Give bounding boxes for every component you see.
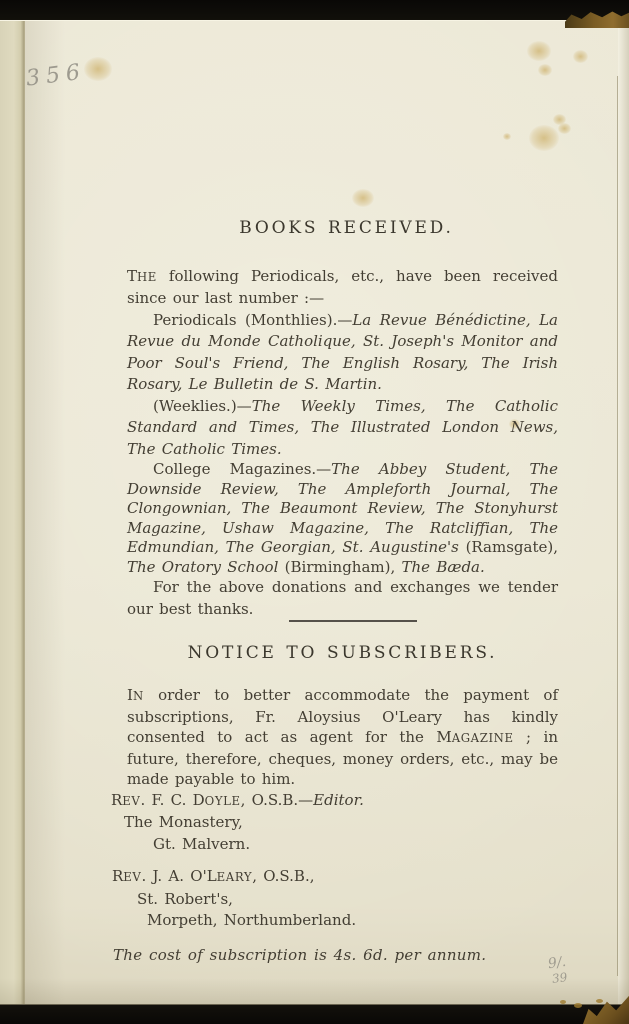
editor-address-line1: The Monastery, <box>124 812 555 834</box>
weeklies-paragraph: (Weeklies.)—The Weekly Times, The Cathol… <box>127 396 558 461</box>
page-bottom-shade <box>0 978 629 1004</box>
college-magazines-paragraph: College Magazines.—The Abbey Student, Th… <box>127 460 558 577</box>
stain <box>538 64 552 76</box>
stain <box>573 50 588 63</box>
pencil-shelfmark-line2: 39 <box>551 970 568 986</box>
page-right-shade <box>618 21 629 1004</box>
gilt-fleck <box>560 1000 566 1004</box>
editor-name-line: REV. F. C. DOYLE, O.S.B.—Editor. <box>111 790 542 813</box>
intro-paragraph: THE following Periodicals, etc., have be… <box>127 266 558 310</box>
stain <box>84 57 112 81</box>
book-page: 356 9/. 39 BOOKS RECEIVED. THE following… <box>0 21 629 1004</box>
agent-address-line1: St. Robert's, <box>137 889 568 911</box>
agent-name-line: REV. J. A. O'LEARY, O.S.B., <box>112 866 543 889</box>
books-received-heading: BOOKS RECEIVED. <box>127 218 558 240</box>
stain <box>558 123 571 134</box>
stain <box>529 125 559 151</box>
subscription-cost-line: The cost of subscription is 4s. 6d. per … <box>113 945 544 967</box>
scanned-page-photo: 356 9/. 39 BOOKS RECEIVED. THE following… <box>0 0 629 1024</box>
notice-body-paragraph: IN order to better accommodate the payme… <box>127 685 558 790</box>
page-left-edge <box>0 21 25 1004</box>
thanks-paragraph: For the above donations and exchanges we… <box>127 577 558 620</box>
agent-address-line2: Morpeth, Northumberland. <box>147 910 578 932</box>
scan-background-bottom <box>0 1004 629 1024</box>
notice-to-subscribers-heading: NOTICE TO SUBSCRIBERS. <box>127 643 558 665</box>
section-divider-rule <box>289 620 417 622</box>
stain <box>503 133 511 140</box>
book-scan: { "scan": { "pencil_top_left": "356", "p… <box>0 0 629 1024</box>
printed-text-column: BOOKS RECEIVED. THE following Periodical… <box>127 218 558 966</box>
page-gutter-shadow <box>25 21 65 1004</box>
monthlies-paragraph: Periodicals (Monthlies).—La Revue Bénédi… <box>127 310 558 396</box>
gilt-fleck <box>574 1003 582 1008</box>
stain <box>352 189 374 207</box>
editor-address-line2: Gt. Malvern. <box>153 834 584 856</box>
stain <box>527 41 551 61</box>
scan-background-top <box>0 0 629 21</box>
gilt-fleck <box>596 999 603 1003</box>
